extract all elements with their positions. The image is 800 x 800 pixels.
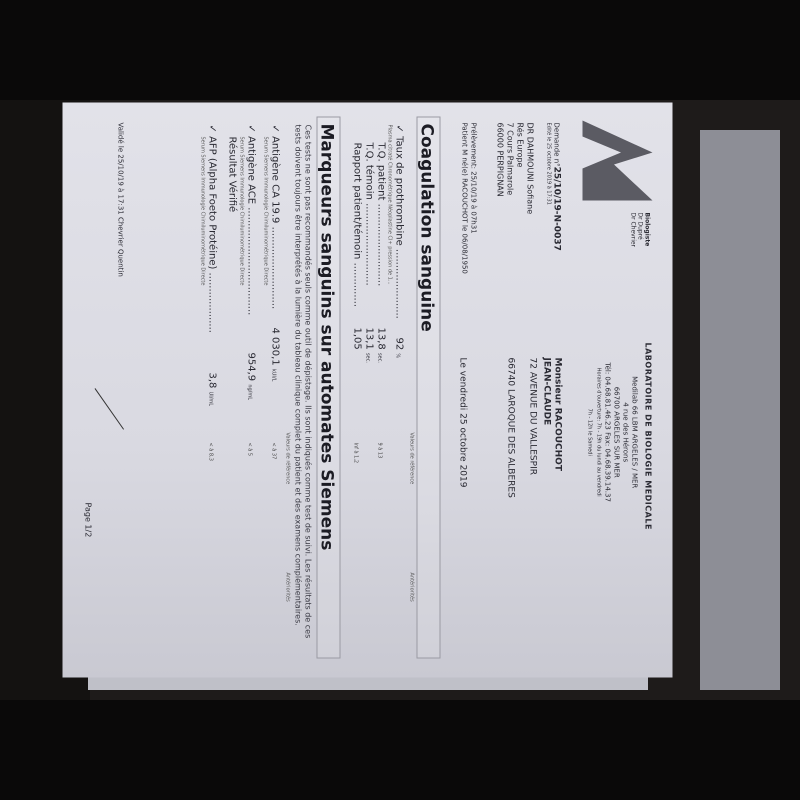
col-prev: Antériorités <box>285 573 291 602</box>
logo-text: Biologiste Dr Dupré Dr Chevrier <box>630 213 651 248</box>
verified-result: Résultat Vérifié <box>227 137 238 213</box>
validation-line: Validé le 25/10/19 à 17:31 Chevrier Quen… <box>117 123 125 277</box>
result-value: 1,05 <box>352 328 363 350</box>
markers-note: Ces tests ne sont pas recommandés seuls … <box>293 125 313 655</box>
sample-info: Prélèvement: 25/10/19 à 07h31Patient M n… <box>460 123 478 274</box>
result-ref: < à 37 <box>271 443 277 460</box>
result-row: ✓ AFP (Alpha Foeto Protéine) ...........… <box>207 125 218 333</box>
result-value: 13,8 sec. <box>376 328 387 363</box>
background-bottom <box>0 700 800 800</box>
lab-address: Medilab 66 LBM ARGELES / MER 4 rue des H… <box>585 363 639 502</box>
result-ref: < à 5 <box>247 443 253 457</box>
document-photo: Biologiste Dr Dupré Dr Chevrier LABORATO… <box>95 105 705 680</box>
doctor-block: DR DAHMOUNI SofianeRés Europe 7 Cours Pa… <box>495 123 535 215</box>
result-method: Serum Siemens Immunologie Chimiluminomét… <box>200 137 206 286</box>
background-top <box>0 0 800 100</box>
result-value: 13,1 sec. <box>364 328 375 363</box>
underlying-sheet-edge <box>700 130 780 690</box>
result-method: Serum Siemens Immunologie Chimiluminomét… <box>263 137 269 286</box>
result-value: 92 % <box>394 338 405 359</box>
result-method: Serum Siemens Immunologie Chimiluminomét… <box>239 137 245 286</box>
result-row: ✓ Taux de prothrombine .................… <box>394 125 405 319</box>
result-row: ✓ Antigène ACE .........................… <box>246 125 257 316</box>
result-ref: < à 8,3 <box>208 443 214 461</box>
patient-name: Monsieur RACOUCHOT JEAN-CLAUDE <box>541 358 563 488</box>
result-value: 3,8 UI/mL <box>207 373 218 407</box>
page-number: Page 1/2 <box>84 503 93 538</box>
lab-title: LABORATOIRE DE BIOLOGIE MEDICALE <box>644 343 653 530</box>
result-method: Plasma citraté Chronométrique Néoplastin… <box>387 125 393 285</box>
result-value: 954,9 ng/mL <box>246 353 257 401</box>
col-ref: Valeurs de référence <box>285 433 291 485</box>
patient-address: 72 AVENUE DU VALLESPIR 66740 LAROQUE DES… <box>505 358 539 498</box>
report-date: Le vendredi 25 octobre 2019 <box>458 358 468 488</box>
result-row: T.Q. patient .......................... <box>376 143 387 287</box>
request-number: Demande n°25/10/19-N-0037 Edité le 25 oc… <box>545 123 561 251</box>
result-row: ✓ Antigène CA 19.9 .....................… <box>270 125 281 310</box>
lab-report-page: Biologiste Dr Dupré Dr Chevrier LABORATO… <box>63 103 673 678</box>
lab-logo <box>583 121 653 201</box>
coagulation-header: Coagulation sanguine <box>417 117 441 659</box>
markers-header: Marqueurs sanguins sur automates Siemens <box>317 117 341 659</box>
result-row: T.Q. témoin .......................... <box>364 143 375 286</box>
result-value: 4 030,1 kUI/L <box>270 328 281 382</box>
result-row: Rapport patient/témoin .............. <box>352 143 363 308</box>
result-ref: 9 à 13 <box>377 443 383 459</box>
result-ref: Inf à 1,2 <box>353 443 359 464</box>
signature <box>70 388 124 447</box>
col-ref: Valeurs de référence <box>409 433 415 485</box>
col-prev: Antériorités <box>409 573 415 602</box>
